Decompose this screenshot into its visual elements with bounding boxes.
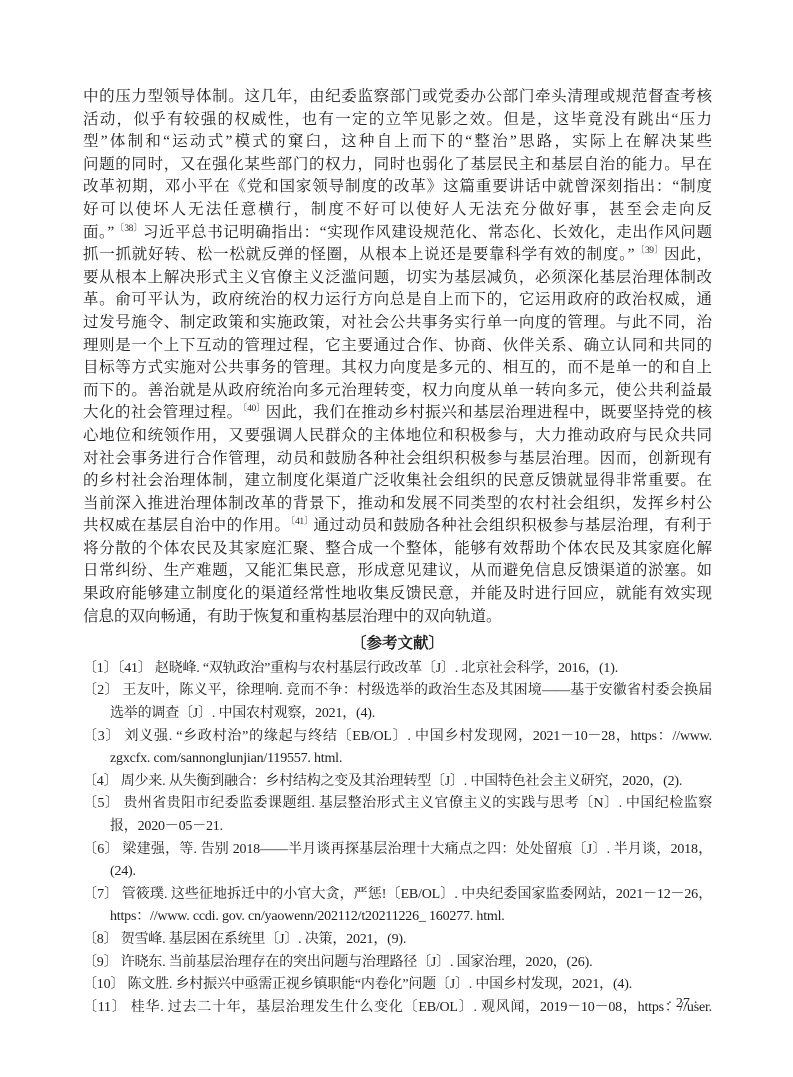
body-text: 要从根本上解决形式主义官僚主义泛滥问题，切实为基层减负，必须深化基层治理体制改 [83,269,712,286]
reference-line: 选举的调查〔J〕. 中国农村观察，2021，(4). [110,703,712,726]
reference-line: zgxcfx. com/sannonglunjian/119557. html. [110,748,712,771]
reference-item: 〔7〕 管筱璞. 这些征地拆迁中的小官大贪，严惩!〔EB/OL〕. 中央纪委国家… [83,884,712,929]
body-text: 型”体制和“运动式”模式的窠臼，这种自上而下的“整治”思路，实际上在解决某些 [83,133,712,150]
reference-item: 〔8〕 贺雪峰. 基层困在系统里〔J〕. 决策，2021，(9). [83,929,712,952]
body-text: 革。俞可平认为，政府统治的权力运行方向总是自上而下的，它运用政府的政治权威，通 [83,291,712,308]
reference-line: 〔10〕 陈文胜. 乡村振兴中亟需正视乡镇职能“内卷化”问题〔J〕. 中国乡村发… [83,974,712,997]
body-line: 果政府能够建立制度化的渠道经常性地收集反馈民意，并能及时进行回应，就能有效实现 [83,583,712,606]
reference-line: 〔5〕 贵州省贵阳市纪委监委课题组. 基层整治形式主义官僚主义的实践与思考〔N〕… [83,793,712,816]
body-line: 心地位和统领作用，又要强调人民群众的主体地位和积极参与，大力推动政府与民众共同 [83,425,712,448]
page-number: · 27 · [668,996,698,1012]
citation-superscript: 〔41〕 [290,517,313,527]
body-line: 信息的双向畅通，有助于恢复和重构基层治理中的双向轨道。 [83,606,712,629]
body-line: 将分散的个体农民及其家庭汇聚、整合成一个整体，能够有效帮助个体农民及其家庭化解 [83,538,712,561]
body-text: 因此，我们在推动乡村振兴和基层治理进程中，既要坚持党的核 [266,404,712,421]
body-line: 理则是一个上下互动的管理过程，它主要通过合作、协商、伙伴关系、确立认同和共同的 [83,335,712,358]
body-line: 而下的。善治就是从政府统治向多元治理转变，权力向度从单一转向多元，使公共利益最 [83,380,712,403]
references-heading: 〔参考文献〕 [83,633,712,656]
body-text: 好可以使坏人无法任意横行，制度不好可以使好人无法充分做好事，甚至会走向反 [83,201,712,218]
reference-list: 〔1〕〔41〕 赵晓峰. “双轨政治”重构与农村基层行政改革〔J〕. 北京社会科… [83,658,712,1020]
body-line: 改革初期，邓小平在《党和国家领导制度的改革》这篇重要讲话中就曾深刻指出：“制度 [83,176,712,199]
body-text: 习近平总书记明确指出：“实现作风建设规范化、常态化、长效化，走出作风问题 [143,224,712,241]
body-text: 改革初期，邓小平在《党和国家领导制度的改革》这篇重要讲话中就曾深刻指出：“制度 [83,178,712,195]
body-text: 对社会事务进行合作管理，动员和鼓励各种社会组织积极参与基层治理。因而，创新现有 [83,450,712,467]
body-line: 的乡村社会治理体制，建立制度化渠道广泛收集社会组织的民意反馈就显得非常重要。在 [83,470,712,493]
reference-line: 〔3〕 刘义强. “乡政村治”的缘起与终结〔EB/OL〕. 中国乡村发现网，20… [83,726,712,749]
body-text: 心地位和统领作用，又要强调人民群众的主体地位和积极参与，大力推动政府与民众共同 [83,427,712,444]
reference-item: 〔10〕 陈文胜. 乡村振兴中亟需正视乡镇职能“内卷化”问题〔J〕. 中国乡村发… [83,974,712,997]
body-text: 信息的双向畅通，有助于恢复和重构基层治理中的双向轨道。 [83,608,502,625]
body-line: 问题的同时，又在强化某些部门的权力，同时也弱化了基层民主和基层自治的能力。早在 [83,154,712,177]
body-text: 面。” [83,224,114,241]
reference-item: 〔9〕 许晓东. 当前基层治理存在的突出问题与治理路径〔J〕. 国家治理，202… [83,952,712,975]
reference-line: 〔7〕 管筱璞. 这些征地拆迁中的小官大贪，严惩!〔EB/OL〕. 中央纪委国家… [83,884,712,907]
reference-item: 〔5〕 贵州省贵阳市纪委监委课题组. 基层整治形式主义官僚主义的实践与思考〔N〕… [83,793,712,838]
reference-line: 〔2〕 王友叶，陈义平，徐理响. 竞而不争：村级选举的政治生态及其困境——基于安… [83,680,712,703]
reference-item: 〔1〕〔41〕 赵晓峰. “双轨政治”重构与农村基层行政改革〔J〕. 北京社会科… [83,658,712,681]
reference-line: https：//www. ccdi. gov. cn/yaowenn/20211… [110,906,712,929]
body-text: 的乡村社会治理体制，建立制度化渠道广泛收集社会组织的民意反馈就显得非常重要。在 [83,472,712,489]
body-text: 当前深入推进治理体制改革的背景下，推动和发展不同类型的农村社会组织，发挥乡村公 [83,495,712,512]
reference-item: 〔6〕 梁建强，等. 告别 2018——半月谈再探基层治理十大痛点之四：处处留痕… [83,839,712,884]
reference-item: 〔2〕 王友叶，陈义平，徐理响. 竞而不争：村级选举的政治生态及其困境——基于安… [83,680,712,725]
body-text: 活动，似乎有较强的权威性，也有一定的立竿见影之效。但是，这毕竟没有跳出“压力 [83,111,712,128]
body-text: 果政府能够建立制度化的渠道经常性地收集反馈民意，并能及时进行回应，就能有效实现 [83,585,712,602]
reference-line: 〔1〕〔41〕 赵晓峰. “双轨政治”重构与农村基层行政改革〔J〕. 北京社会科… [83,658,712,681]
body-line: 型”体制和“运动式”模式的窠臼，这种自上而下的“整治”思路，实际上在解决某些 [83,131,712,154]
body-text: 而下的。善治就是从政府统治向多元治理转变，权力向度从单一转向多元，使公共利益最 [83,382,712,399]
citation-superscript: 〔38〕 [114,224,143,234]
reference-line: 报，2020－05－21. [110,816,712,839]
reference-line: (24). [110,861,712,884]
body-line: 活动，似乎有较强的权威性，也有一定的立竿见影之效。但是，这毕竟没有跳出“压力 [83,109,712,132]
reference-line: 〔6〕 梁建强，等. 告别 2018——半月谈再探基层治理十大痛点之四：处处留痕… [83,839,712,862]
body-text: 将分散的个体农民及其家庭汇聚、整合成一个整体，能够有效帮助个体农民及其家庭化解 [83,540,712,557]
reference-item: 〔4〕 周少来. 从失衡到融合：乡村结构之变及其治理转型〔J〕. 中国特色社会主… [83,771,712,794]
body-text: 理则是一个上下互动的管理过程，它主要通过合作、协商、伙伴关系、确立认同和共同的 [83,337,712,354]
body-paragraph: 中的压力型领导体制。这几年，由纪委监察部门或党委办公部门牵头清理或规范督查考核活… [83,86,712,628]
body-line: 好可以使坏人无法任意横行，制度不好可以使好人无法充分做好事，甚至会走向反 [83,199,712,222]
body-text: 中的压力型领导体制。这几年，由纪委监察部门或党委办公部门牵头清理或规范督查考核 [83,88,712,105]
body-line: 当前深入推进治理体制改革的背景下，推动和发展不同类型的农村社会组织，发挥乡村公 [83,493,712,516]
reference-item: 〔3〕 刘义强. “乡政村治”的缘起与终结〔EB/OL〕. 中国乡村发现网，20… [83,726,712,771]
body-text: 共权威在基层自治中的作用。 [83,517,290,534]
body-line: 日常纠纷、生产难题，又能汇集民意，形成意见建议，从而避免信息反馈渠道的淤塞。如 [83,560,712,583]
body-text: 日常纠纷、生产难题，又能汇集民意，形成意见建议，从而避免信息反馈渠道的淤塞。如 [83,562,712,579]
body-line: 抓一抓就好转、松一松就反弹的怪圈，从根本上说还是要靠科学有效的制度。”〔39〕因… [83,244,712,267]
body-line: 大化的社会管理过程。〔40〕因此，我们在推动乡村振兴和基层治理进程中，既要坚持党… [83,402,712,425]
citation-superscript: 〔40〕 [243,404,266,414]
reference-line: 〔8〕 贺雪峰. 基层困在系统里〔J〕. 决策，2021，(9). [83,929,712,952]
page-content: 中的压力型领导体制。这几年，由纪委监察部门或党委办公部门牵头清理或规范督查考核活… [83,86,712,1019]
body-line: 对社会事务进行合作管理，动员和鼓励各种社会组织积极参与基层治理。因而，创新现有 [83,448,712,471]
body-text: 过发号施令、制定政策和实施政策，对社会公共事务实行单一向度的管理。与此不同，治 [83,314,712,331]
body-text: 通过动员和鼓励各种社会组织积极参与基层治理，有利于 [314,517,712,534]
reference-line: 〔11〕 桂华. 过去二十年，基层治理发生什么变化〔EB/OL〕. 观风闻，20… [83,997,712,1020]
citation-superscript: 〔39〕 [635,246,664,256]
paper-page: 中的压力型领导体制。这几年，由纪委监察部门或党委办公部门牵头清理或规范督查考核活… [0,0,793,1077]
reference-line: 〔9〕 许晓东. 当前基层治理存在的突出问题与治理路径〔J〕. 国家治理，202… [83,952,712,975]
body-text: 大化的社会管理过程。 [83,404,243,421]
body-line: 要从根本上解决形式主义官僚主义泛滥问题，切实为基层减负，必须深化基层治理体制改 [83,267,712,290]
body-line: 中的压力型领导体制。这几年，由纪委监察部门或党委办公部门牵头清理或规范督查考核 [83,86,712,109]
body-line: 革。俞可平认为，政府统治的权力运行方向总是自上而下的，它运用政府的政治权威，通 [83,289,712,312]
body-text: 抓一抓就好转、松一松就反弹的怪圈，从根本上说还是要靠科学有效的制度。” [83,246,635,263]
body-text: 目标等方式实施对公共事务的管理。其权力向度是多元的、相互的，而不是单一的和自上 [83,359,712,376]
body-line: 面。”〔38〕习近平总书记明确指出：“实现作风建设规范化、常态化、长效化，走出作… [83,222,712,245]
reference-item: 〔11〕 桂华. 过去二十年，基层治理发生什么变化〔EB/OL〕. 观风闻，20… [83,997,712,1020]
body-line: 过发号施令、制定政策和实施政策，对社会公共事务实行单一向度的管理。与此不同，治 [83,312,712,335]
body-text: 问题的同时，又在强化某些部门的权力，同时也弱化了基层民主和基层自治的能力。早在 [83,156,712,173]
body-line: 目标等方式实施对公共事务的管理。其权力向度是多元的、相互的，而不是单一的和自上 [83,357,712,380]
body-line: 共权威在基层自治中的作用。〔41〕通过动员和鼓励各种社会组织积极参与基层治理，有… [83,515,712,538]
body-text: 因此， [664,246,712,263]
reference-line: 〔4〕 周少来. 从失衡到融合：乡村结构之变及其治理转型〔J〕. 中国特色社会主… [83,771,712,794]
